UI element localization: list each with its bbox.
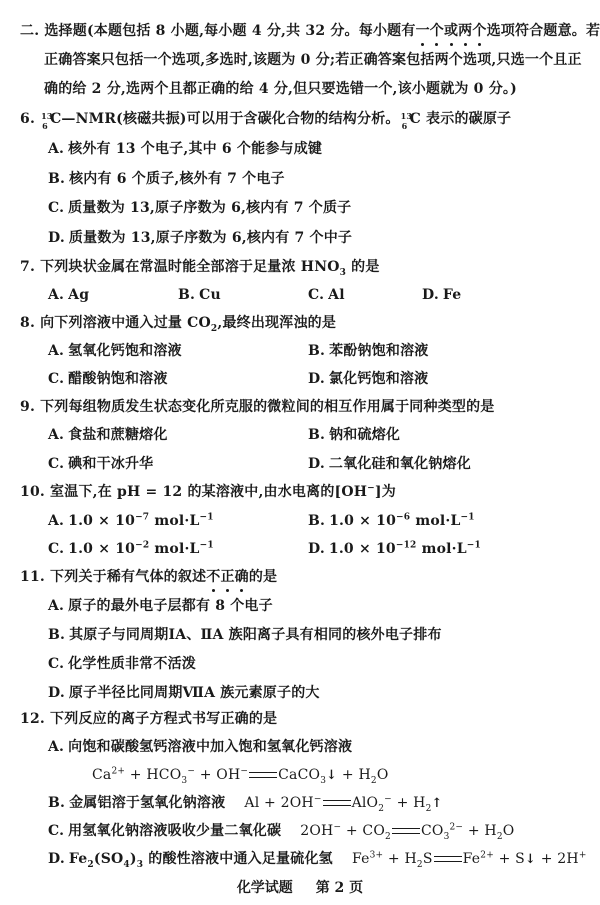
- option-8a[interactable]: A.氢氧化钙饱和溶液: [48, 342, 182, 360]
- option-9a[interactable]: A.食盐和蔗糖熔化: [48, 426, 168, 444]
- option-7d[interactable]: D.Fe: [422, 286, 461, 304]
- option-11b[interactable]: B.其原子与同周期ⅠA、ⅡA 族阳离子具有相同的核外电子排布: [48, 626, 442, 644]
- page-footer: 化学试题 第 2 页: [0, 877, 600, 897]
- question-10-stem: 10. 室温下,在 pH = 12 的某溶液中,由水电离的[OH−]为: [20, 483, 396, 501]
- question-11-stem: 11. 下列关于稀有气体的叙述不正确的是: [20, 568, 277, 586]
- option-7c[interactable]: C.Al: [308, 286, 345, 304]
- option-12c[interactable]: C.用氢氧化钠溶液吸收少量二氧化碳 2OH− + CO2CO32− + H2O: [48, 822, 514, 840]
- isotope-notation: 136: [400, 111, 410, 125]
- equation-12b: Al + 2OH−AlO2− + H2↑: [244, 795, 442, 811]
- option-9d[interactable]: D.二氧化硅和氧化钠熔化: [308, 455, 471, 473]
- footer-subject: 化学试题: [237, 880, 293, 896]
- emphasized-text: 一个或两个: [416, 23, 487, 39]
- option-10b[interactable]: B.1.0 × 10−6 mol·L−1: [308, 512, 475, 530]
- emphasized-char: 正: [220, 568, 234, 586]
- equation-12d: Fe3+ + H2SFe2+ + S↓ + 2H+: [352, 851, 587, 867]
- equals-sign-icon: [323, 800, 351, 806]
- option-6b[interactable]: B.核内有 6 个质子,核外有 7 个电子: [48, 170, 285, 188]
- emphasized-char: 不: [206, 568, 220, 586]
- equals-sign-icon: [249, 772, 277, 778]
- section-instructions-3: 确的给 2 分,选两个且都正确的给 4 分,但只要选错一个,该小题就为 0 分。…: [44, 80, 517, 98]
- option-9b[interactable]: B.钠和硫熔化: [308, 426, 400, 444]
- option-12d[interactable]: D.Fe2(SO4)3 的酸性溶液中通入足量硫化氢 Fe3+ + H2SFe2+…: [48, 850, 587, 869]
- option-10c[interactable]: C.1.0 × 10−2 mol·L−1: [48, 540, 214, 558]
- question-number: 6.: [20, 110, 35, 128]
- option-10d[interactable]: D.1.0 × 10−12 mol·L−1: [308, 540, 481, 558]
- question-7-stem: 7. 下列块状金属在常温时能全部溶于足量浓 HNO3 的是: [20, 258, 380, 276]
- section-instructions-1b: 选项符合题意。若: [487, 23, 600, 39]
- question-6-stem: 6. 136C—NMR(核磁共振)可以用于含碳化合物的结构分析。136C 表示的…: [20, 110, 511, 128]
- option-6d[interactable]: D.质量数为 13,原子序数为 6,核内有 7 个中子: [48, 229, 352, 247]
- option-6c[interactable]: C.质量数为 13,原子序数为 6,核内有 7 个质子: [48, 199, 351, 217]
- section-instructions-2: 正确答案只包括一个选项,多选时,该题为 0 分;若正确答案包括两个选项,只选一个…: [44, 51, 582, 69]
- equation-12c: 2OH− + CO2CO32− + H2O: [300, 823, 514, 839]
- isotope-notation: 136: [40, 111, 50, 125]
- option-7b[interactable]: B.Cu: [178, 286, 221, 304]
- question-8-stem: 8. 向下列溶液中通入过量 CO2,最终出现浑浊的是: [20, 314, 336, 332]
- section-title: 选择题: [44, 23, 87, 39]
- option-10a[interactable]: A.1.0 × 10−7 mol·L−1: [48, 512, 214, 530]
- emphasized-char: 确: [235, 568, 249, 586]
- gas-arrow-icon: ↑: [432, 796, 443, 811]
- option-8c[interactable]: C.醋酸钠饱和溶液: [48, 370, 168, 388]
- option-7a[interactable]: A.Ag: [48, 286, 89, 304]
- option-12b[interactable]: B.金属铝溶于氢氧化钠溶液 Al + 2OH−AlO2− + H2↑: [48, 794, 443, 813]
- equals-sign-icon: [392, 828, 420, 834]
- option-8d[interactable]: D.氯化钙饱和溶液: [308, 370, 428, 388]
- equation-12a: Ca2+ + HCO3− + OH−CaCO3↓ + H2O: [92, 766, 389, 785]
- option-11c[interactable]: C.化学性质非常不活泼: [48, 655, 196, 673]
- equals-sign-icon: [434, 856, 462, 862]
- option-11d[interactable]: D.原子半径比同周期ⅦA 族元素原子的大: [48, 684, 320, 702]
- exam-page: 二. 选择题(本题包括 8 小题,每小题 4 分,共 32 分。每小题有一个或两…: [0, 0, 600, 905]
- section-instructions-1a: (本题包括 8 小题,每小题 4 分,共 32 分。每小题有: [87, 23, 416, 39]
- precipitate-arrow-icon: ↓: [525, 852, 536, 867]
- section-number: 二.: [20, 23, 39, 39]
- section-header: 二. 选择题(本题包括 8 小题,每小题 4 分,共 32 分。每小题有一个或两…: [20, 22, 600, 40]
- option-9c[interactable]: C.碘和干冰升华: [48, 455, 153, 473]
- question-9-stem: 9. 下列每组物质发生状态变化所克服的微粒间的相互作用属于同种类型的是: [20, 398, 495, 416]
- footer-page-number: 第 2 页: [316, 880, 364, 896]
- option-6a[interactable]: A.核外有 13 个电子,其中 6 个能参与成键: [48, 140, 322, 158]
- option-12a[interactable]: A.向饱和碳酸氢钙溶液中加入饱和氢氧化钙溶液: [48, 738, 352, 756]
- option-11a[interactable]: A.原子的最外电子层都有 8 个电子: [48, 597, 273, 615]
- option-8b[interactable]: B.苯酚钠饱和溶液: [308, 342, 429, 360]
- question-12-stem: 12. 下列反应的离子方程式书写正确的是: [20, 710, 277, 728]
- precipitate-arrow-icon: ↓: [326, 768, 337, 783]
